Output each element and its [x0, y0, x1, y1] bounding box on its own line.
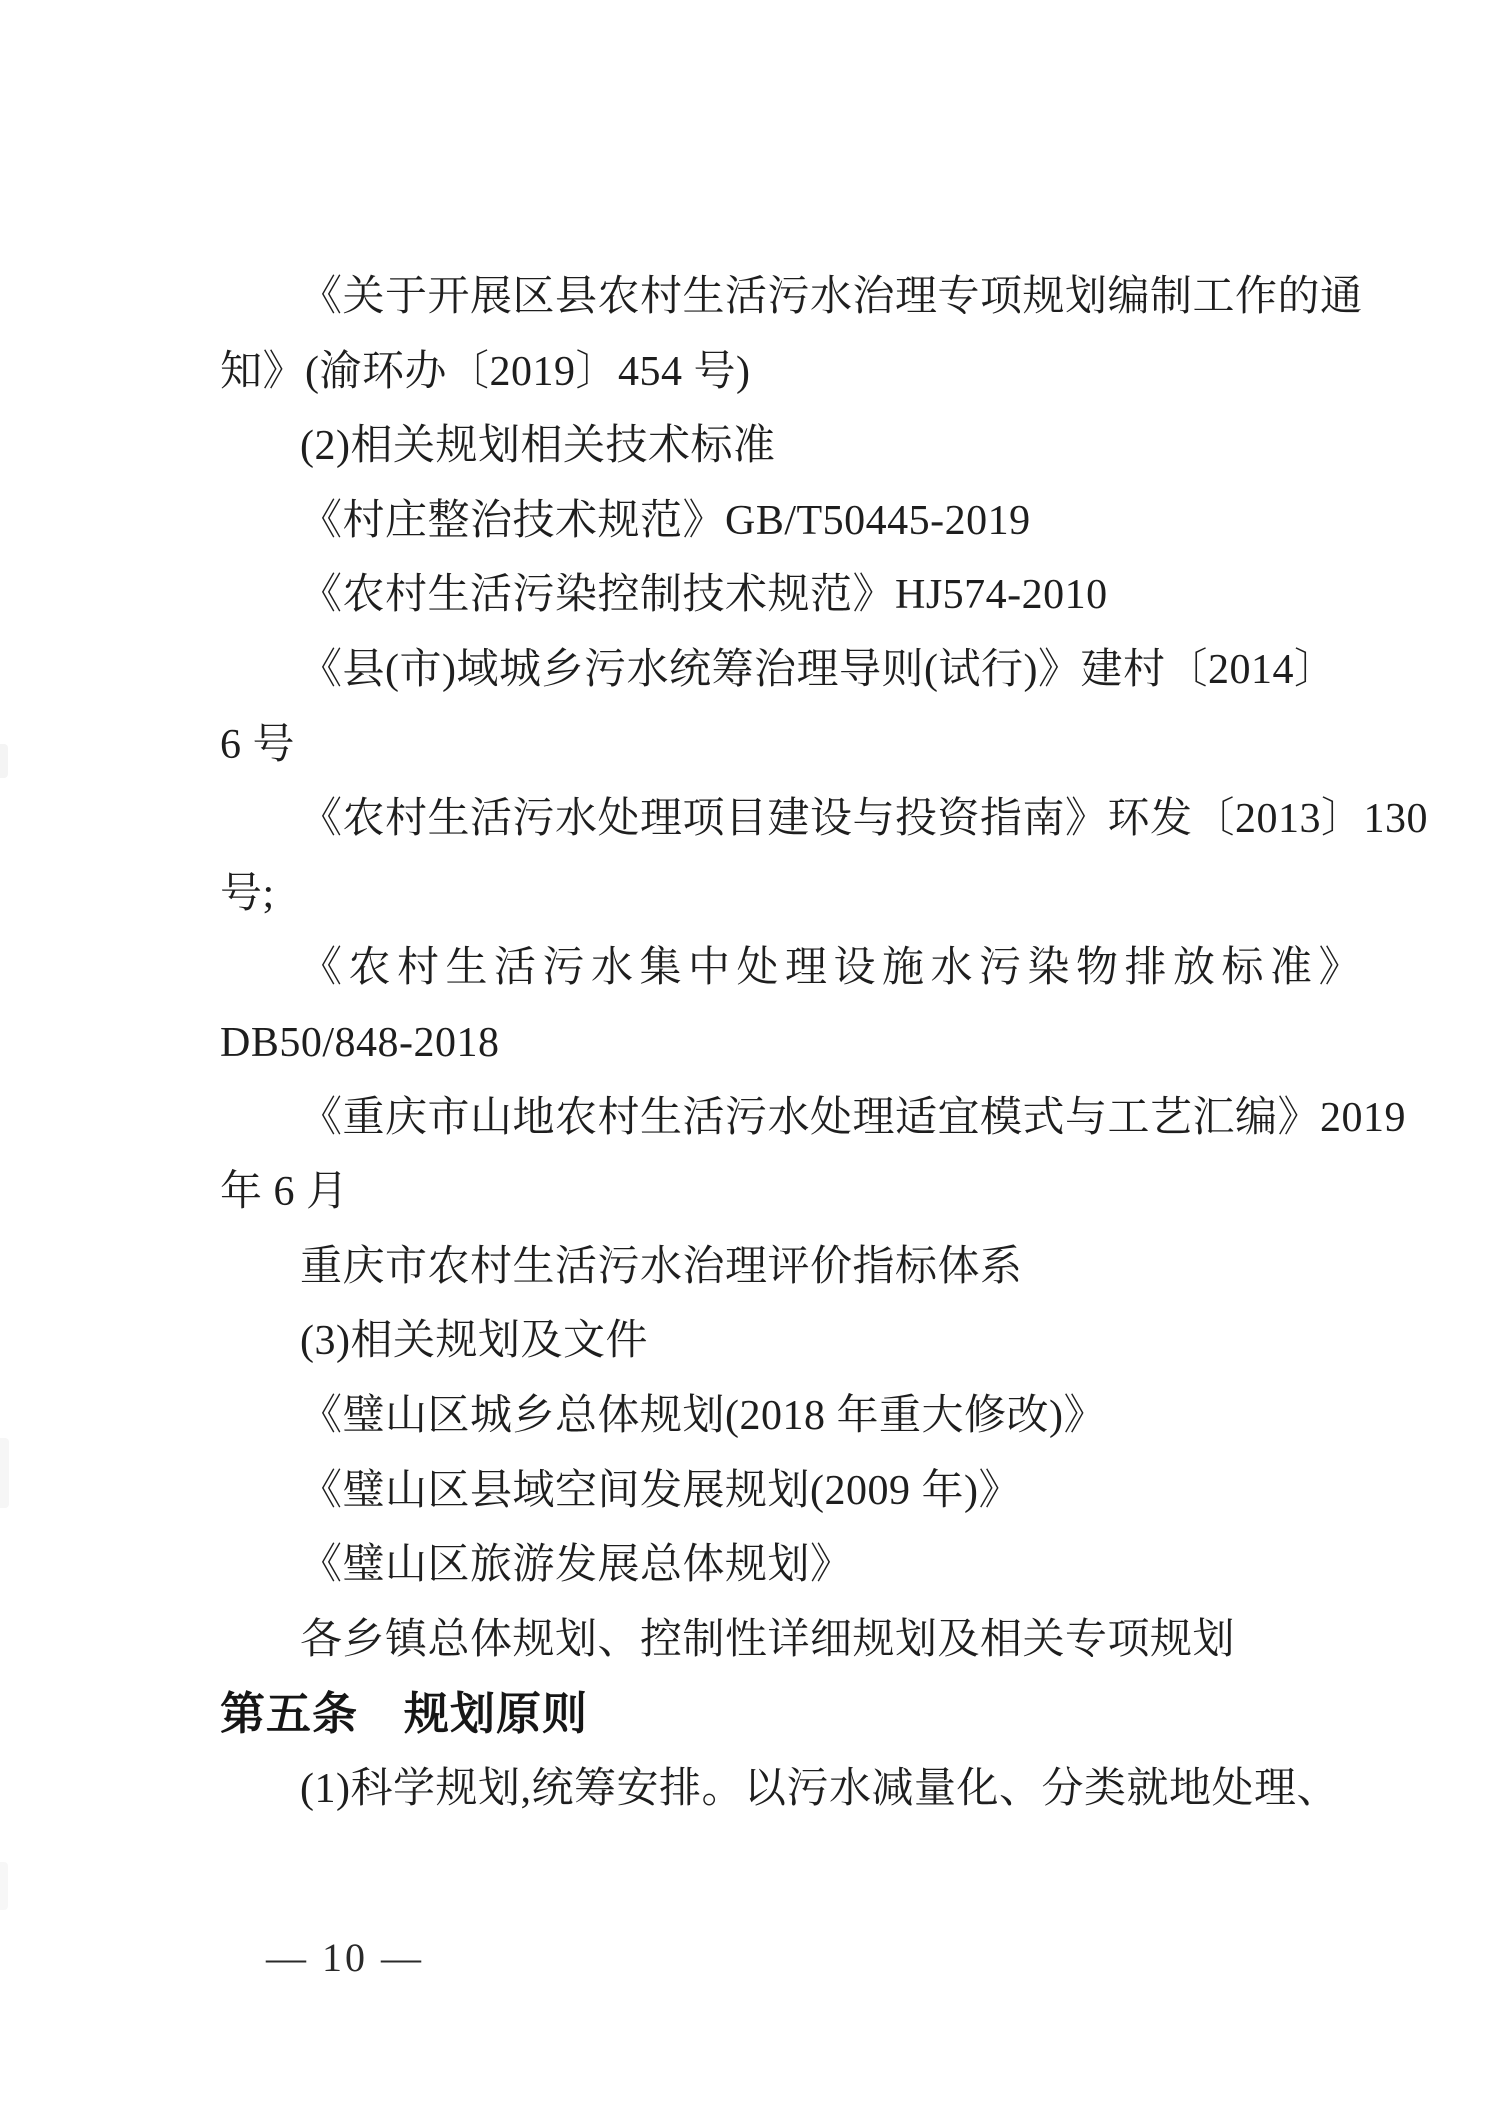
reference-line: 《璧山区城乡总体规划(2018 年重大修改)》: [220, 1379, 1340, 1454]
scan-artifact: [0, 744, 8, 778]
reference-line: 各乡镇总体规划、控制性详细规划及相关专项规划: [220, 1603, 1340, 1678]
list-item-2-technical-standards: (2)相关规划相关技术标准: [220, 409, 1340, 484]
reference-line: 《农村生活污水集中处理设施水污染物排放标准》: [220, 931, 1340, 1006]
article-5-heading: 第五条 规划原则: [220, 1677, 1340, 1752]
reference-line: 《璧山区旅游发展总体规划》: [220, 1528, 1340, 1603]
scan-artifact: [0, 1438, 9, 1508]
reference-line: 《重庆市山地农村生活污水处理适宜模式与工艺汇编》2019: [220, 1081, 1340, 1156]
reference-line: 《村庄整治技术规范》GB/T50445-2019: [220, 484, 1340, 559]
reference-line-continuation: 知》(渝环办〔2019〕454 号): [220, 335, 1340, 410]
reference-line: 《关于开展区县农村生活污水治理专项规划编制工作的通: [220, 260, 1340, 335]
reference-line: 《农村生活污水处理项目建设与投资指南》环发〔2013〕130: [220, 782, 1340, 857]
document-text-block: 《关于开展区县农村生活污水治理专项规划编制工作的通 知》(渝环办〔2019〕45…: [220, 260, 1340, 1826]
reference-line-continuation: 号;: [220, 857, 1340, 932]
reference-line-continuation: 年 6 月: [220, 1155, 1340, 1230]
reference-line: 《璧山区县域空间发展规划(2009 年)》: [220, 1454, 1340, 1529]
page-number: — 10 —: [266, 1934, 424, 1981]
list-item-3-related-plans: (3)相关规划及文件: [220, 1304, 1340, 1379]
reference-line-continuation: DB50/848-2018: [220, 1006, 1340, 1081]
scan-artifact: [0, 1862, 8, 1910]
reference-line-continuation: 6 号: [220, 708, 1340, 783]
reference-line: 《县(市)域城乡污水统筹治理导则(试行)》建村〔2014〕: [220, 633, 1340, 708]
reference-line: 《农村生活污染控制技术规范》HJ574-2010: [220, 558, 1340, 633]
paragraph-line: (1)科学规划,统筹安排。以污水减量化、分类就地处理、: [220, 1752, 1340, 1827]
reference-line: 重庆市农村生活污水治理评价指标体系: [220, 1230, 1340, 1305]
